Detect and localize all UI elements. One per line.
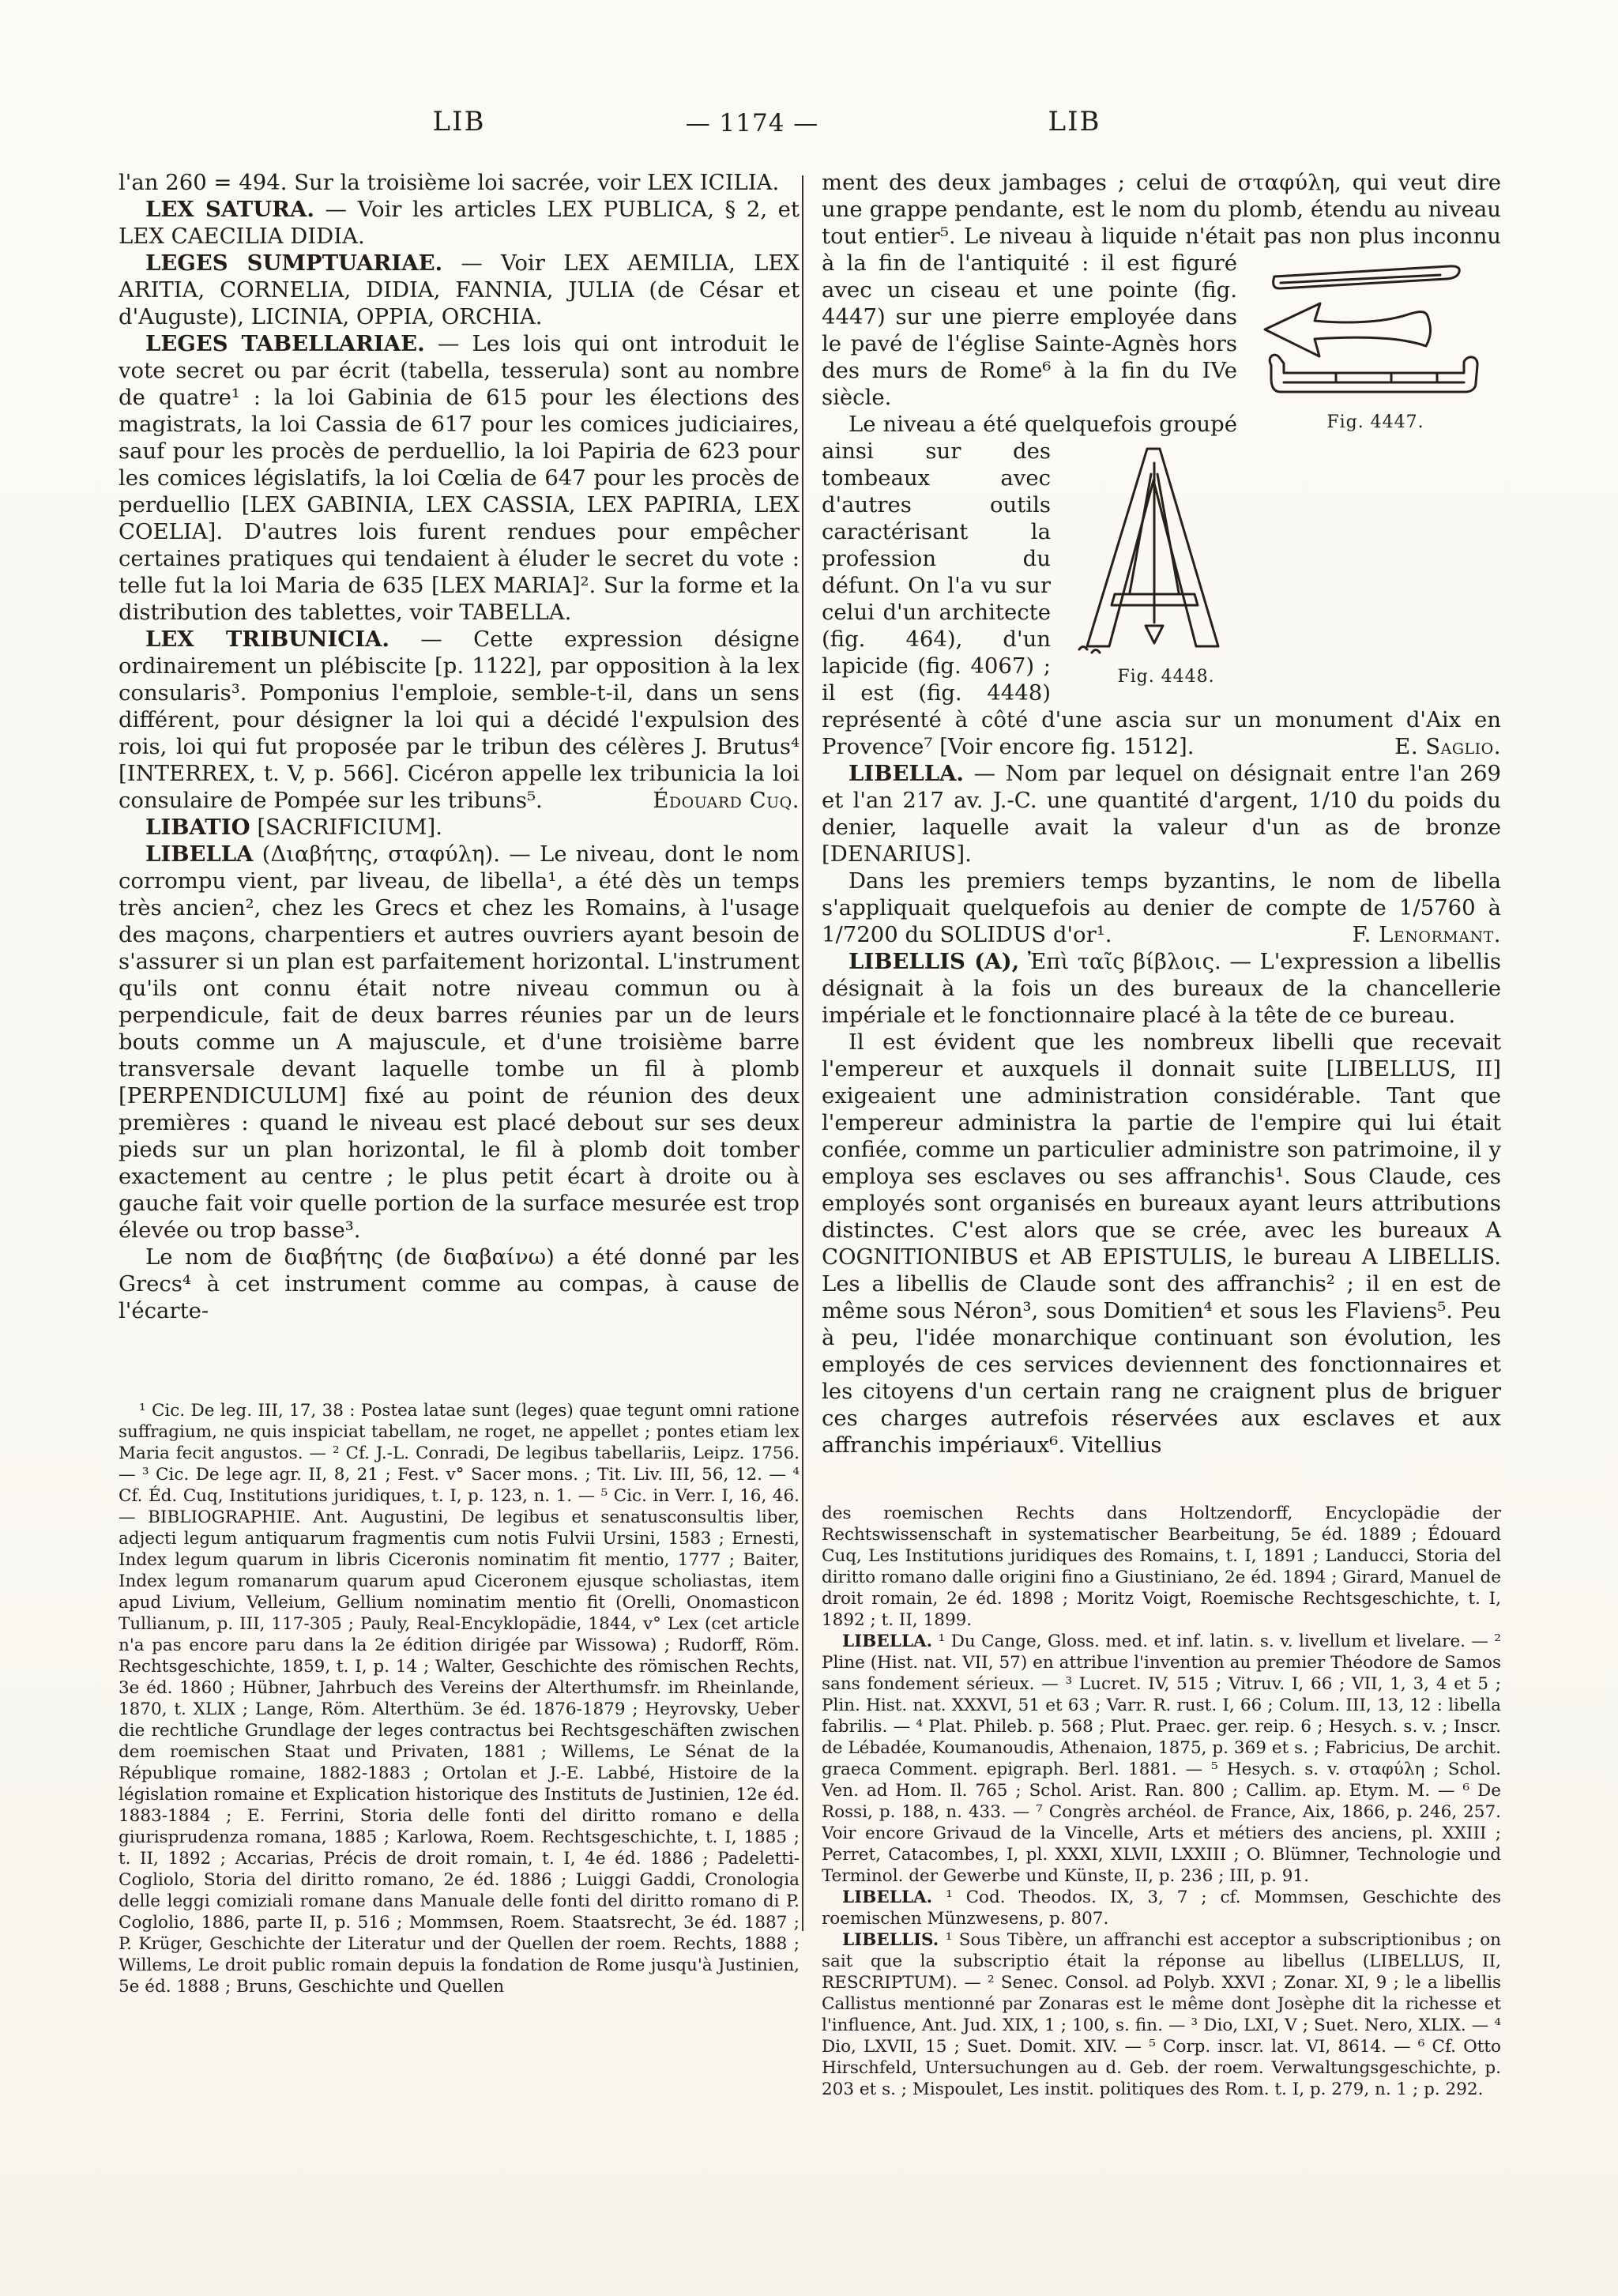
footnote-headword: LIBELLIS.: [842, 1930, 939, 1950]
entry-libella-coin: LIBELLA. — Nom par lequel on désignait e…: [822, 760, 1501, 868]
headword-libatio: LIBATIO: [145, 815, 250, 840]
entry-libatio: LIBATIO [SACRIFICIUM].: [119, 814, 800, 841]
figure-4448: Fig. 4448.: [1068, 442, 1237, 691]
figure-4448-caption: Fig. 4448.: [1068, 664, 1237, 691]
entry-body: (Διαβήτης, σταφύλη). — Le niveau, dont l…: [119, 841, 800, 1243]
footnote-headword: LIBELLA.: [842, 1888, 932, 1907]
right-footnotes: des roemischen Rechts dans Holtzendorff,…: [822, 1503, 1501, 2100]
headword-lex-satura: LEX SATURA.: [145, 197, 314, 222]
headword-libella: LIBELLA: [145, 841, 253, 867]
figure-4447-caption: Fig. 4447.: [1250, 409, 1501, 436]
paragraph-diabetes: Le nom de διαβήτης (de διαβαίνω) a été d…: [119, 1244, 800, 1324]
entry-body: [SACRIFICIUM].: [257, 815, 442, 840]
headword-libellis: LIBELLIS (A),: [849, 949, 1019, 974]
right-column: ment des deux jambages ; celui de σταφύλ…: [822, 169, 1501, 2100]
left-column: l'an 260 = 494. Sur la troisième loi sac…: [119, 169, 800, 1997]
footnote-text: ¹ Sous Tibère, un affranchi est acceptor…: [822, 1930, 1501, 2099]
headword-lex-tribunicia: LEX TRIBUNICIA.: [145, 627, 389, 652]
continuation-paragraph: l'an 260 = 494. Sur la troisième loi sac…: [119, 169, 800, 196]
figure-4447: Fig. 4447.: [1250, 253, 1501, 436]
running-head-right: LIB: [822, 106, 1327, 137]
headword-libella-coin: LIBELLA.: [849, 761, 964, 786]
continuation-paragraph: ment des deux jambages ; celui de σταφύλ…: [822, 169, 1501, 411]
headword-leges-tabellariae: LEGES TABELLARIAE.: [145, 331, 425, 356]
column-divider-rule: [802, 175, 803, 1931]
footnote-headword: LIBELLA.: [842, 1632, 932, 1651]
author-signature: E. Saglio.: [1368, 733, 1501, 760]
entry-body: — Cette expression désigne ordinairement…: [119, 627, 800, 813]
entry-leges-sumptuariae: LEGES SUMPTUARIAE. — Voir LEX AEMILIA, L…: [119, 250, 800, 330]
footnote-bibliography-continuation: des roemischen Rechts dans Holtzendorff,…: [822, 1503, 1501, 1631]
entry-lex-satura: LEX SATURA. — Voir les articles LEX PUBL…: [119, 196, 800, 250]
scanned-dictionary-page: LIB — 1174 — LIB l'an 260 = 494. Sur la …: [0, 0, 1618, 2296]
footnote-text-left: ¹ Cic. De leg. III, 17, 38 : Postea lata…: [119, 1400, 800, 1997]
left-footnotes: ¹ Cic. De leg. III, 17, 38 : Postea lata…: [119, 1400, 800, 1997]
entry-libellis: LIBELLIS (A), Ἐπὶ ταῖς βίβλοις. — L'expr…: [822, 948, 1501, 1029]
footnote-libella-coin: LIBELLA. ¹ Cod. Theodos. IX, 3, 7 ; cf. …: [822, 1887, 1501, 1929]
entry-leges-tabellariae: LEGES TABELLARIAE. — Les lois qui ont in…: [119, 330, 800, 626]
author-signature: F. Lenormant.: [1325, 921, 1501, 948]
entry-libella-level: LIBELLA (Διαβήτης, σταφύλη). — Le niveau…: [119, 841, 800, 1244]
footnote-libellis: LIBELLIS. ¹ Sous Tibère, un affranchi es…: [822, 1929, 1501, 2100]
entry-body: — Les lois qui ont introduit le vote sec…: [119, 331, 800, 625]
paragraph-niveau-tombeaux: Le niveau a été quelquefois groupé ainsi…: [822, 411, 1501, 760]
footnote-libella-level: LIBELLA. ¹ Du Cange, Gloss. med. et inf.…: [822, 1631, 1501, 1887]
headword-leges-sumptuariae: LEGES SUMPTUARIAE.: [145, 250, 442, 276]
author-signature: Édouard Cuq.: [626, 787, 800, 814]
paragraph-evident: Il est évident que les nombreux libelli …: [822, 1029, 1501, 1459]
chisel-point-and-level-engraving-illustration: [1257, 253, 1494, 403]
footnote-text: ¹ Du Cange, Gloss. med. et inf. latin. s…: [822, 1632, 1501, 1886]
entry-lex-tribunicia: LEX TRIBUNICIA. — Cette expression désig…: [119, 626, 800, 814]
paragraph-byzantins: Dans les premiers temps byzantins, le no…: [822, 868, 1501, 948]
a-shaped-level-with-plumb-engraving-illustration: [1078, 442, 1228, 657]
